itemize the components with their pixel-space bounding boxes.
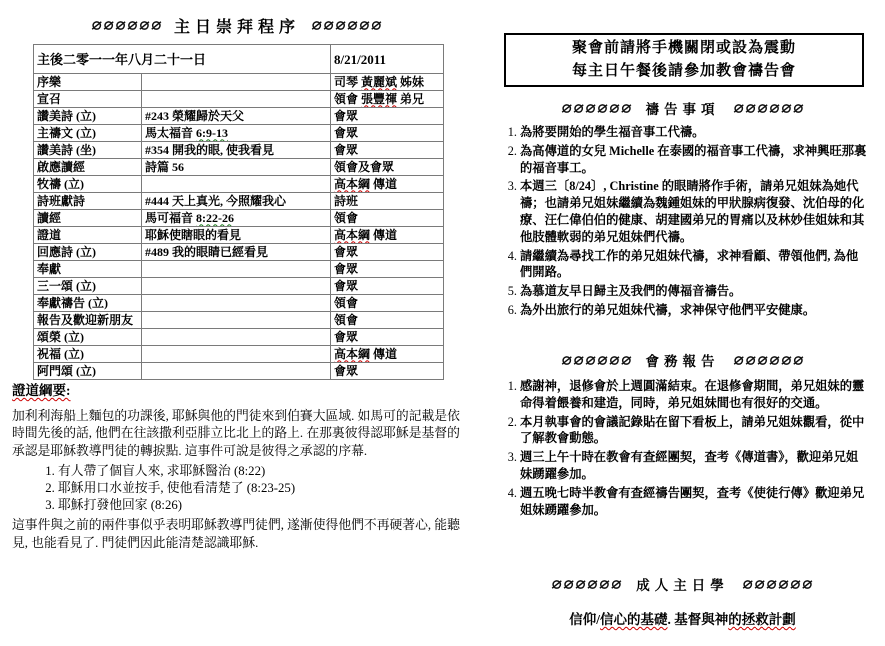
cell-leader: 高本綱 傳道: [331, 176, 444, 193]
sermon-outline-intro: 加利利海船上麵包的功課後, 耶穌與他的門徒來到伯賽大區域. 如馬可的記載是依時間…: [12, 408, 462, 461]
cell-content: #489 我的眼睛已經看見: [142, 244, 331, 261]
reports-items-list: 感謝神，退修會於上週圓滿結束。在退修會期間，弟兄姐妹的靈命得着餵養和建造，同時，…: [492, 378, 868, 520]
cell-content: 詩篇 56: [142, 159, 331, 176]
cell-content: #243 榮耀歸於天父: [142, 108, 331, 125]
sunday-school-heading-label: 成人主日學: [636, 574, 729, 594]
program-row: 頌榮 (立)會眾: [34, 329, 444, 346]
bulletin-left-page: 主日崇拜程序 主後二零一一年八月二十一日 8/21/2011 序樂司琴 黃麗斌 …: [0, 0, 470, 646]
cell-content: 馬太福音 6:9-13: [142, 125, 331, 142]
cell-item: 讚美詩 (坐): [34, 142, 142, 159]
date-row: 主後二零一一年八月二十一日 8/21/2011: [34, 45, 444, 74]
cell-item: 讀經: [34, 210, 142, 227]
program-row: 證道耶穌使瞎眼的看見高本綱 傳道: [34, 227, 444, 244]
outline-point: 耶穌打發他回家 (8:26): [58, 497, 462, 514]
prayer-item: 請繼續為尋找工作的弟兄姐妹代禱，求神看顧、帶領他們, 為他們開路。: [520, 248, 868, 282]
cell-content: [142, 329, 331, 346]
prayer-item: 為慕道友早日歸主及我們的傳福音禱告。: [520, 283, 868, 300]
cell-leader: 會眾: [331, 142, 444, 159]
cell-content: 馬可福音 8:22-26: [142, 210, 331, 227]
cell-leader: 領會: [331, 295, 444, 312]
cell-item: 回應詩 (立): [34, 244, 142, 261]
sermon-outline-conclusion: 這事件與之前的兩件事似乎表明耶穌教導門徒們, 遂漸使得他們不再硬著心, 能聽見,…: [12, 517, 462, 552]
cell-item: 阿門頌 (立): [34, 363, 142, 380]
prayer-item: 為高傳道的女兒 Michelle 在泰國的福音事工代禱，求神興旺那裏的福音事工。: [520, 143, 868, 177]
program-row: 詩班獻詩#444 天上真光, 今照耀我心詩班: [34, 193, 444, 210]
bulletin-right-page: 聚會前請將手機關閉或設為震動 每主日午餐後請參加教會禱告會 禱告事項 為將要開始…: [480, 0, 885, 646]
cell-item: 報告及歡迎新朋友: [34, 312, 142, 329]
cell-content: [142, 176, 331, 193]
ornament-icon: [560, 355, 634, 366]
ornament-icon: [741, 579, 815, 590]
sunday-school-heading: 成人主日學: [480, 574, 885, 594]
ornament-icon: [90, 20, 164, 31]
cell-content: [142, 74, 331, 91]
notice-line-1: 聚會前請將手機關閉或設為震動: [506, 37, 862, 60]
cell-leader: 高本綱 傳道: [331, 227, 444, 244]
program-row: 阿門頌 (立)會眾: [34, 363, 444, 380]
notice-box: 聚會前請將手機關閉或設為震動 每主日午餐後請參加教會禱告會: [504, 33, 864, 87]
cell-item: 奉獻禱告 (立): [34, 295, 142, 312]
cell-item: 宣召: [34, 91, 142, 108]
cell-leader: 高本綱 傳道: [331, 346, 444, 363]
reports-heading-label: 會務報告: [646, 350, 720, 370]
ornament-icon: [560, 103, 634, 114]
cell-leader: 領會 張豐禈 弟兄: [331, 91, 444, 108]
program-row: 讚美詩 (立)#243 榮耀歸於天父會眾: [34, 108, 444, 125]
program-row: 牧禱 (立)高本綱 傳道: [34, 176, 444, 193]
cell-leader: 會眾: [331, 125, 444, 142]
cell-item: 三一頌 (立): [34, 278, 142, 295]
reports-section-heading: 會務報告: [480, 350, 885, 370]
cell-content: #354 開我的眼, 使我看見: [142, 142, 331, 159]
cell-content: [142, 295, 331, 312]
ornament-icon: [310, 20, 384, 31]
worship-order-title: 主日崇拜程序: [28, 14, 446, 37]
prayer-item: 本週三〔8/24〕, Christine 的眼睛將作手術，請弟兄姐妹為她代禱；也…: [520, 178, 868, 245]
program-row: 奉獻會眾: [34, 261, 444, 278]
cell-leader: 會眾: [331, 244, 444, 261]
program-row: 奉獻禱告 (立)領會: [34, 295, 444, 312]
cell-item: 主禱文 (立): [34, 125, 142, 142]
cell-leader: 領會及會眾: [331, 159, 444, 176]
report-item: 週三上午十時在教會有查經團契，查考《傳道書》，歡迎弟兄姐妹踴躍參加。: [520, 449, 868, 483]
cell-content: [142, 278, 331, 295]
cell-item: 詩班獻詩: [34, 193, 142, 210]
cell-content: #444 天上真光, 今照耀我心: [142, 193, 331, 210]
cell-item: 啟應讀經: [34, 159, 142, 176]
notice-line-2: 每主日午餐後請參加教會禱告會: [506, 60, 862, 83]
prayer-item: 為將要開始的學生福音事工代禱。: [520, 124, 868, 141]
cell-item: 頌榮 (立): [34, 329, 142, 346]
program-row: 宣召領會 張豐禈 弟兄: [34, 91, 444, 108]
program-row: 序樂司琴 黃麗斌 姊妹: [34, 74, 444, 91]
program-row: 回應詩 (立)#489 我的眼睛已經看見會眾: [34, 244, 444, 261]
outline-point: 耶穌用口水並按手, 使他看清楚了 (8:23-25): [58, 480, 462, 497]
cell-leader: 領會: [331, 312, 444, 329]
program-row: 啟應讀經詩篇 56領會及會眾: [34, 159, 444, 176]
cell-leader: 詩班: [331, 193, 444, 210]
program-row: 讚美詩 (坐)#354 開我的眼, 使我看見會眾: [34, 142, 444, 159]
worship-program-table: 主後二零一一年八月二十一日 8/21/2011 序樂司琴 黃麗斌 姊妹 宣召領會…: [33, 44, 444, 380]
cell-item: 牧禱 (立): [34, 176, 142, 193]
report-item: 感謝神，退修會於上週圓滿結束。在退修會期間，弟兄姐妹的靈命得着餵養和建造，同時，…: [520, 378, 868, 412]
cell-item: 祝福 (立): [34, 346, 142, 363]
sermon-outline-heading: 證道綱要:: [12, 382, 462, 400]
cell-item: 奉獻: [34, 261, 142, 278]
cell-item: 讚美詩 (立): [34, 108, 142, 125]
program-row: 三一頌 (立)會眾: [34, 278, 444, 295]
cell-leader: 會眾: [331, 329, 444, 346]
cell-content: [142, 312, 331, 329]
cell-leader: 會眾: [331, 278, 444, 295]
cell-leader: 會眾: [331, 261, 444, 278]
prayer-item: 為外出旅行的弟兄姐妹代禱，求神保守他們平安健康。: [520, 302, 868, 319]
cell-content: 耶穌使瞎眼的看見: [142, 227, 331, 244]
cell-leader: 司琴 黃麗斌 姊妹: [331, 74, 444, 91]
program-row: 主禱文 (立)馬太福音 6:9-13會眾: [34, 125, 444, 142]
sermon-outline-points: 有人帶了個盲人來, 求耶穌醫治 (8:22) 耶穌用口水並按手, 使他看清楚了 …: [12, 463, 462, 514]
prayer-items-list: 為將要開始的學生福音事工代禱。 為高傳道的女兒 Michelle 在泰國的福音事…: [492, 124, 868, 321]
ornament-icon: [732, 103, 806, 114]
prayer-heading-label: 禱告事項: [646, 98, 720, 118]
outline-point: 有人帶了個盲人來, 求耶穌醫治 (8:22): [58, 463, 462, 480]
date-chinese: 主後二零一一年八月二十一日: [34, 45, 331, 74]
program-row: 報告及歡迎新朋友領會: [34, 312, 444, 329]
program-row: 祝福 (立)高本綱 傳道: [34, 346, 444, 363]
ornament-icon: [550, 579, 624, 590]
report-item: 週五晚七時半教會有查經禱告團契，查考《使徒行傳》歡迎弟兄姐妹踴躍參加。: [520, 485, 868, 519]
cell-content: [142, 91, 331, 108]
sunday-school-topic: 信仰/信心的基礎. 基督與神的拯救計劃: [480, 608, 885, 628]
cell-item: 證道: [34, 227, 142, 244]
ornament-icon: [732, 355, 806, 366]
cell-leader: 會眾: [331, 108, 444, 125]
sermon-outline-section: 證道綱要: 加利利海船上麵包的功課後, 耶穌與他的門徒來到伯賽大區域. 如馬可的…: [12, 382, 462, 552]
page-title: 主日崇拜程序: [174, 14, 300, 37]
cell-leader: 領會: [331, 210, 444, 227]
prayer-section-heading: 禱告事項: [480, 98, 885, 118]
program-row: 讀經馬可福音 8:22-26領會: [34, 210, 444, 227]
cell-item: 序樂: [34, 74, 142, 91]
cell-content: [142, 346, 331, 363]
cell-content: [142, 363, 331, 380]
cell-leader: 會眾: [331, 363, 444, 380]
cell-content: [142, 261, 331, 278]
date-numeric: 8/21/2011: [331, 45, 444, 74]
report-item: 本月執事會的會議記錄貼在留下看板上，請弟兄姐妹觀看，從中了解教會動態。: [520, 414, 868, 448]
